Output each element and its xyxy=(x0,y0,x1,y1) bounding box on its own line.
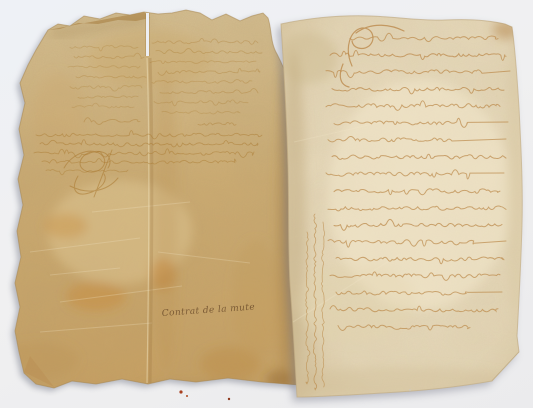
background-specks xyxy=(0,0,533,408)
manuscript-photo: Contrat de la mute xyxy=(0,0,533,408)
